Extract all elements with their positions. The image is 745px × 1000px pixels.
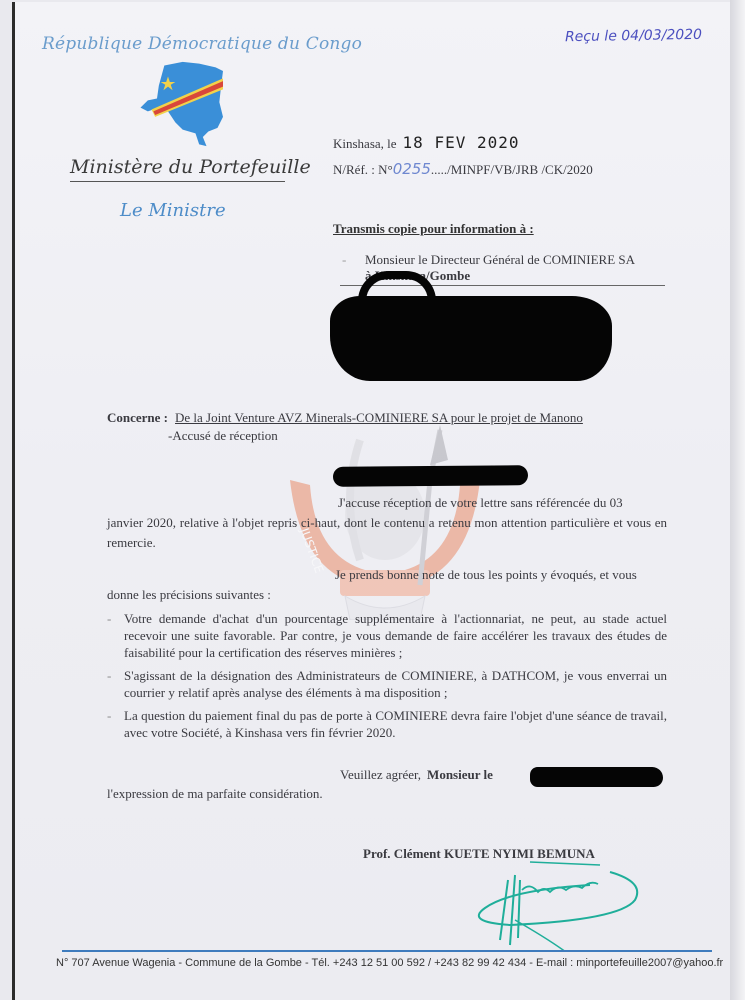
footer-divider xyxy=(62,950,712,952)
office-title: Le Ministre xyxy=(120,200,226,221)
place-date: Kinshasa, le18 FEV 2020 xyxy=(333,133,520,152)
redaction-closing-title xyxy=(530,767,663,787)
list-item: Votre demande d'achat d'un pourcentage s… xyxy=(107,610,667,661)
date-stamp: 18 FEV 2020 xyxy=(403,133,520,152)
ref-handwritten-number: 0255 xyxy=(393,160,431,178)
ministry-underline xyxy=(70,181,285,182)
subject-subline: -Accusé de réception xyxy=(168,428,278,444)
ref-prefix: N/Réf. : N° xyxy=(333,162,393,177)
ref-suffix: ...../MINPF/VB/JRB /CK/2020 xyxy=(431,162,593,177)
ministry-name: Ministère du Portefeuille xyxy=(70,156,311,178)
paragraph-2-rest: donne les précisions suivantes : xyxy=(107,585,271,605)
drc-map-flag-icon xyxy=(135,58,245,150)
copy-recipient: Monsieur le Directeur Général de COMINIE… xyxy=(365,252,635,268)
redaction-salutation xyxy=(333,465,528,487)
closing-salutation: Monsieur le xyxy=(427,767,493,782)
bullet: - xyxy=(342,252,346,268)
list-item: La question du paiement final du pas de … xyxy=(107,707,667,741)
place-prefix: Kinshasa, le xyxy=(333,136,397,151)
closing-lead: Veuillez agréer, xyxy=(340,767,421,782)
paragraph-1-first-line: J'accuse réception de votre lettre sans … xyxy=(338,493,623,513)
closing-rest: l'expression de ma parfaite considératio… xyxy=(107,786,323,802)
subject-line: De la Joint Venture AVZ Minerals-COMINIE… xyxy=(175,410,583,426)
signature-icon xyxy=(470,860,650,950)
received-handwritten-note: Reçu le 04/03/2020 xyxy=(565,27,702,45)
closing-line: Veuillez agréer,Monsieur le xyxy=(340,767,493,783)
page-edge xyxy=(730,0,745,1000)
paragraph-2-first-line: Je prends bonne note de tous les points … xyxy=(335,565,637,585)
redaction-addressee xyxy=(330,296,612,381)
list-item: S'agissant de la désignation des Adminis… xyxy=(107,667,667,701)
country-name: République Démocratique du Congo xyxy=(42,34,362,54)
points-list: Votre demande d'achat d'un pourcentage s… xyxy=(107,610,667,747)
subject-label: Concerne : xyxy=(107,410,168,426)
reference-number: N/Réf. : N°0255...../MINPF/VB/JRB /CK/20… xyxy=(333,160,593,178)
footer-contact: N° 707 Avenue Wagenia - Commune de la Go… xyxy=(56,957,723,969)
paragraph-1-rest: janvier 2020, relative à l'objet repris … xyxy=(107,513,667,553)
copy-to-heading: Transmis copie pour information à : xyxy=(333,221,534,237)
